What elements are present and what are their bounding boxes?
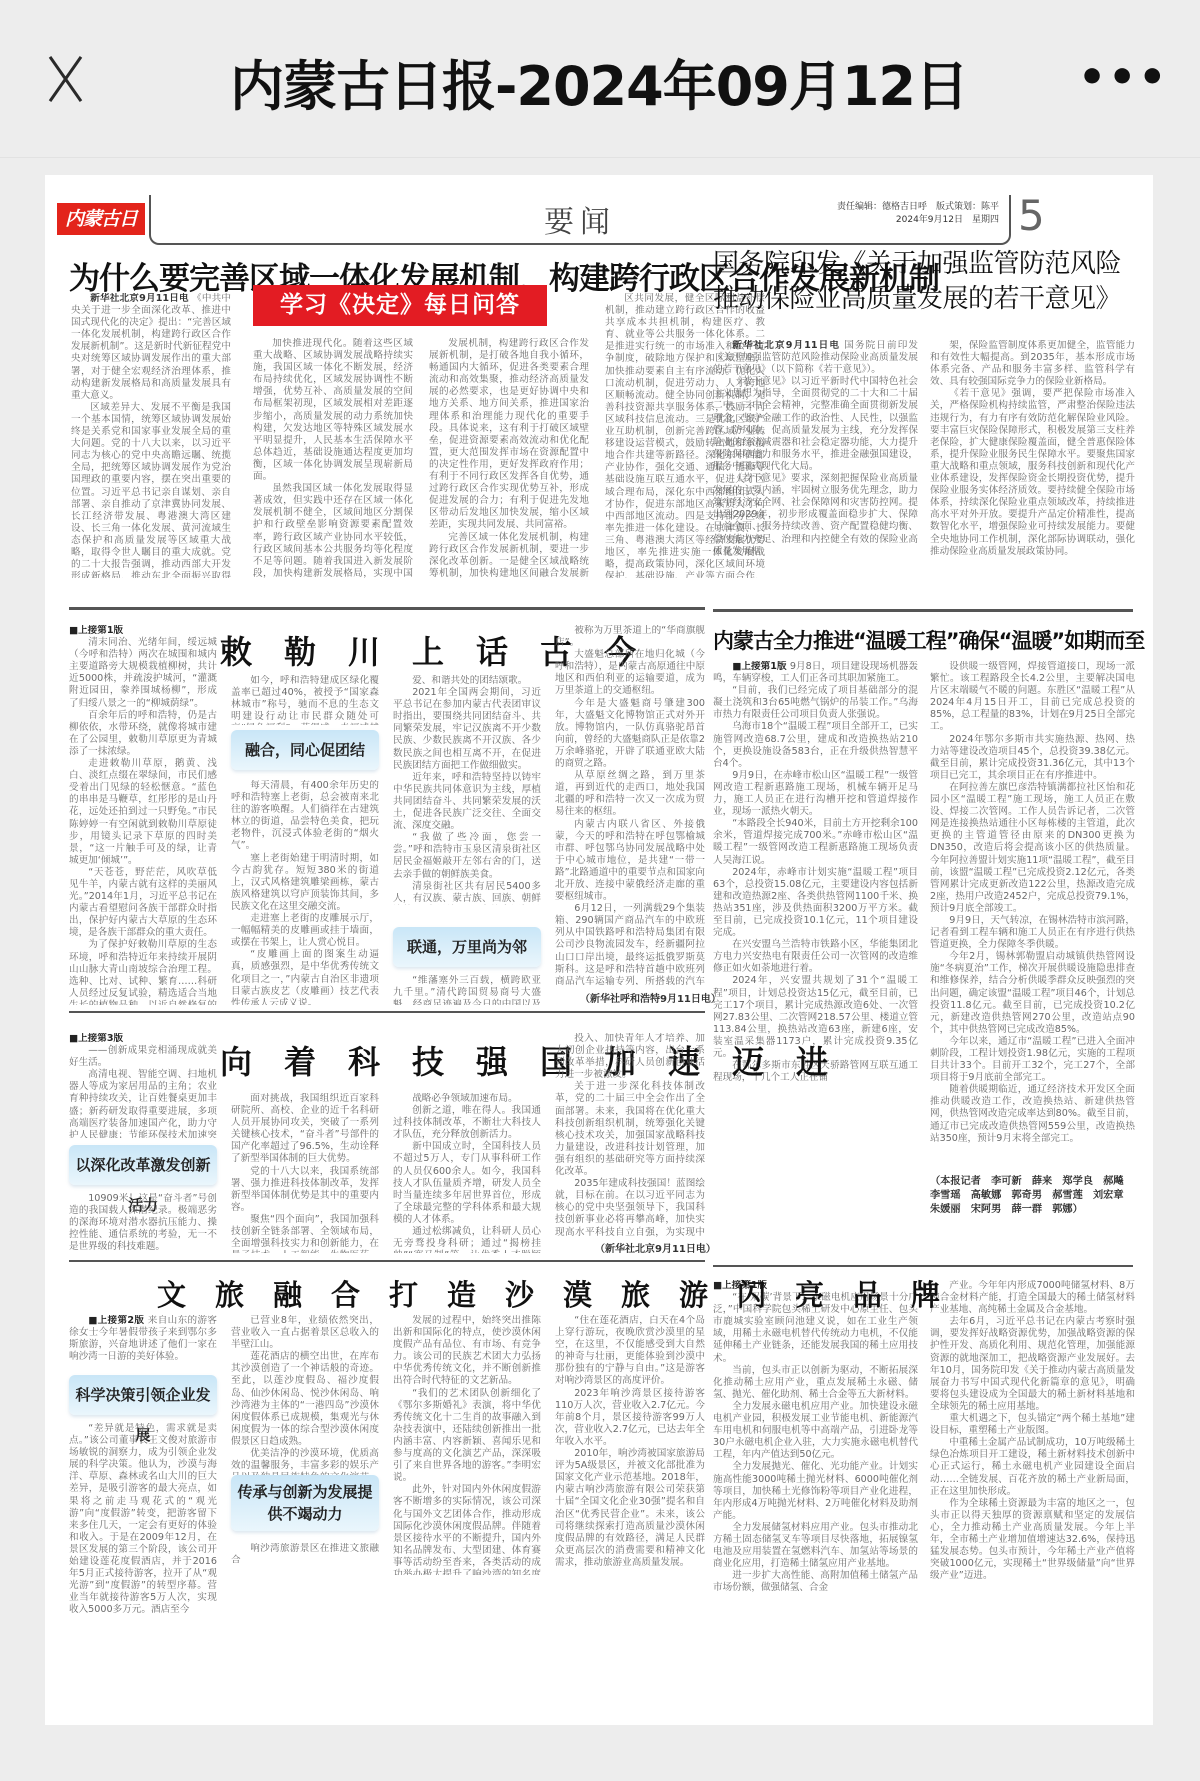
article-column: ■上接第2版 来自山东的游客徐女士今年暑假带孩子来到鄂尔多斯旅游，兴奋地讲述了他… (69, 1315, 217, 1367)
article-headline-desert-tourism: 文 旅 融 合 打 造 沙 漠 旅 游 闪 亮 品 牌 (157, 1273, 940, 1314)
more-options-icon[interactable]: ••• (1078, 58, 1168, 98)
article-column: ■上接第1版 “在‘双碳’背景下，永磁电机应用场景十分广泛，”中国科学院包头稀土… (713, 1280, 918, 1720)
dateline: （新华社呼和浩特9月11日电） (580, 990, 721, 1005)
issue-date: 2024年9月12日 星期四 (837, 214, 999, 227)
divider (69, 607, 705, 610)
divider (69, 1260, 705, 1262)
article-column: ■上接第1版 清末同治、光绪年间，绥远城（今呼和浩特）两次在城围和城内主要道路旁… (69, 625, 217, 1005)
article-column: ■上接第3版 ——创新成果竞相涌现成就美好生活。 高清电视、智能空调、扫地机器人… (69, 1033, 217, 1138)
article-column: “维藩塞外三百载，横跨欧亚九千里。”清代跨国贸易商号大盛魁，经商足迹遍及今日的中… (393, 975, 541, 1005)
article-column: 投入、加快青年人才培养、加大初创企业扶持等内容，出台一系列改革举措，科研人员创新… (555, 1033, 705, 1238)
article-column: “差异就是特色，需求就是卖点。”该公司董事长王文俊对旅游市场敏锐的洞察力，成为引… (69, 1423, 217, 1713)
article-column: ■上接第1版 9月8日，项目建设现场机器轰鸣，车辆穿梭，工人们正各司其职加紧施工… (713, 661, 918, 1261)
article-column: 发展机制，构建跨行政区合作发展新机制，是打破各地自我小循环，畅通国内大循环，促进… (429, 338, 589, 578)
article-column: 爱、和谐共处的团结颂歌。 2021年全国两会期间，习近平总书记在参加内蒙古代表团… (393, 675, 541, 905)
editor-info: 责任编辑：德格吉日呼 版式策划：陈平 2024年9月12日 星期四 (837, 201, 999, 227)
article-headline-tech-power: 向 着 科 技 强 国 加 速 迈 进 (220, 1037, 828, 1083)
reporter-byline: （本报记者 李可新 薛来 郑学良 郝飚 李雪瑶 高敏娜 郭奇男 郝雪莲 刘宏章 … (930, 1175, 1135, 1217)
article-column: 每天清晨，有400余年历史的呼和浩特塞上老街，总会被南来北往的游客唤醒。人们徜徉… (231, 780, 379, 1005)
newspaper-logo: 内蒙古日报 (57, 203, 145, 235)
article-headline-warmth-project: 内蒙古全力推进“温暖工程”确保“温暖”如期而至 (713, 625, 1133, 655)
article-column: 发展的过程中，始终突出推陈出新和国际化的特点，使沙漠休闲度假产品有品位、有市场、… (393, 1315, 541, 1575)
subhead-reform: 以深化改革激发创新活力 (69, 1145, 217, 1185)
article-column: 加快推进现代化。随着这些区域重大战略、区域协调发展战略持续实施，我国区域一体化不… (253, 338, 413, 578)
close-icon[interactable] (40, 52, 92, 104)
subhead-connectivity: 联通，万里尚为邻 (393, 927, 541, 967)
subhead-heritage-innovation: 传承与创新为发展提供不竭动力 (231, 1475, 379, 1531)
article-column: 如今，呼和浩特建成区绿化覆盖率已超过40%，被授予“国家森林城市”称号，驰而不息… (231, 675, 379, 725)
app-header: 内蒙古日报-2024年09月12日 ••• (0, 0, 1200, 158)
page-number: 5 (1018, 191, 1045, 240)
divider (69, 1011, 705, 1013)
masthead: 内蒙古日报 要闻 责任编辑：德格吉日呼 版式策划：陈平 2024年9月12日 星… (45, 175, 1153, 237)
article-column: 设供暖一级管网，焊接管道接口，现场一派繁忙。该工程路段全长4.2公里，主要解决国… (930, 661, 1135, 1171)
article-column: 响沙湾旅游景区在推进文旅融合 (231, 1543, 379, 1563)
article-column: 产业。今年年内形成7000吨储氢材料、8万吨合金材料产能，打造全国最大的稀土储氢… (930, 1280, 1135, 1720)
section-header-frame: 要闻 责任编辑：德格吉日呼 版式策划：陈平 2024年9月12日 星期四 (149, 195, 1011, 245)
page-title: 内蒙古日报-2024年09月12日 (230, 44, 968, 121)
newspaper-page-image[interactable]: 内蒙古日报 要闻 责任编辑：德格吉日呼 版式策划：陈平 2024年9月12日 星… (45, 175, 1153, 1725)
article-column: 已营业8年，业绩依然突出，营业收入一直占据着景区总收入的半壁江山。 莲花酒店的横… (231, 1315, 379, 1475)
article-column: 架，保险监管制度体系更加健全，监管能力和有效性大幅提高。到2035年，基本形成市… (930, 340, 1135, 610)
subhead-scientific-decision: 科学决策引领企业发展 (69, 1375, 217, 1415)
article-column: 10909米！这是“奋斗者”号创造的我国载人深潜纪录。极端恶劣的深海环境对潜水器… (69, 1193, 217, 1253)
article-column: 战略必争领域加速布局。 创新之道，唯在得人。我国通过科技体制改革，不断壮大科技人… (393, 1093, 541, 1253)
article-column: 新华社北京9月11日电 《中共中央关于进一步全面深化改革、推进中国式现代化的决定… (71, 293, 231, 578)
article-column: “住在莲花酒店，白天在4个岛上穿行游玩，夜晚欣赏沙漠里的星空，在这里，不仅能感受… (555, 1315, 705, 1575)
article-headline-insurance: 国务院印发《关于加强监管防范风险 推动保险业高质量发展的若干意见》 (713, 247, 1133, 317)
editor-credit: 责任编辑：德格吉日呼 版式策划：陈平 (837, 201, 999, 214)
article-column: 新华社北京9月11日电 国务院日前印发《关于加强监管防范风险推动保险业高质量发展… (713, 340, 918, 610)
dateline: （新华社北京9月11日电） (595, 1240, 716, 1255)
subhead-unity: 融合，同心促团结 (231, 730, 379, 770)
continued-from-label: ■上接第1版 (69, 625, 217, 637)
divider (713, 1265, 1133, 1267)
article-column: 被称为万里茶道上的“华商旗舰店”。 大盛魁总部所在地归化城（今呼和浩特），是内蒙… (555, 625, 705, 985)
article-column: 面对挑战，我国组织近百家科研院所、高校、企业的近千名科研人员开展协同攻关，突破了… (231, 1093, 379, 1253)
red-banner-daily-qa: 学习《决定》每日问答 (253, 285, 547, 326)
divider (713, 609, 1133, 612)
dateline-lead: 新华社北京9月11日电 (90, 293, 189, 304)
